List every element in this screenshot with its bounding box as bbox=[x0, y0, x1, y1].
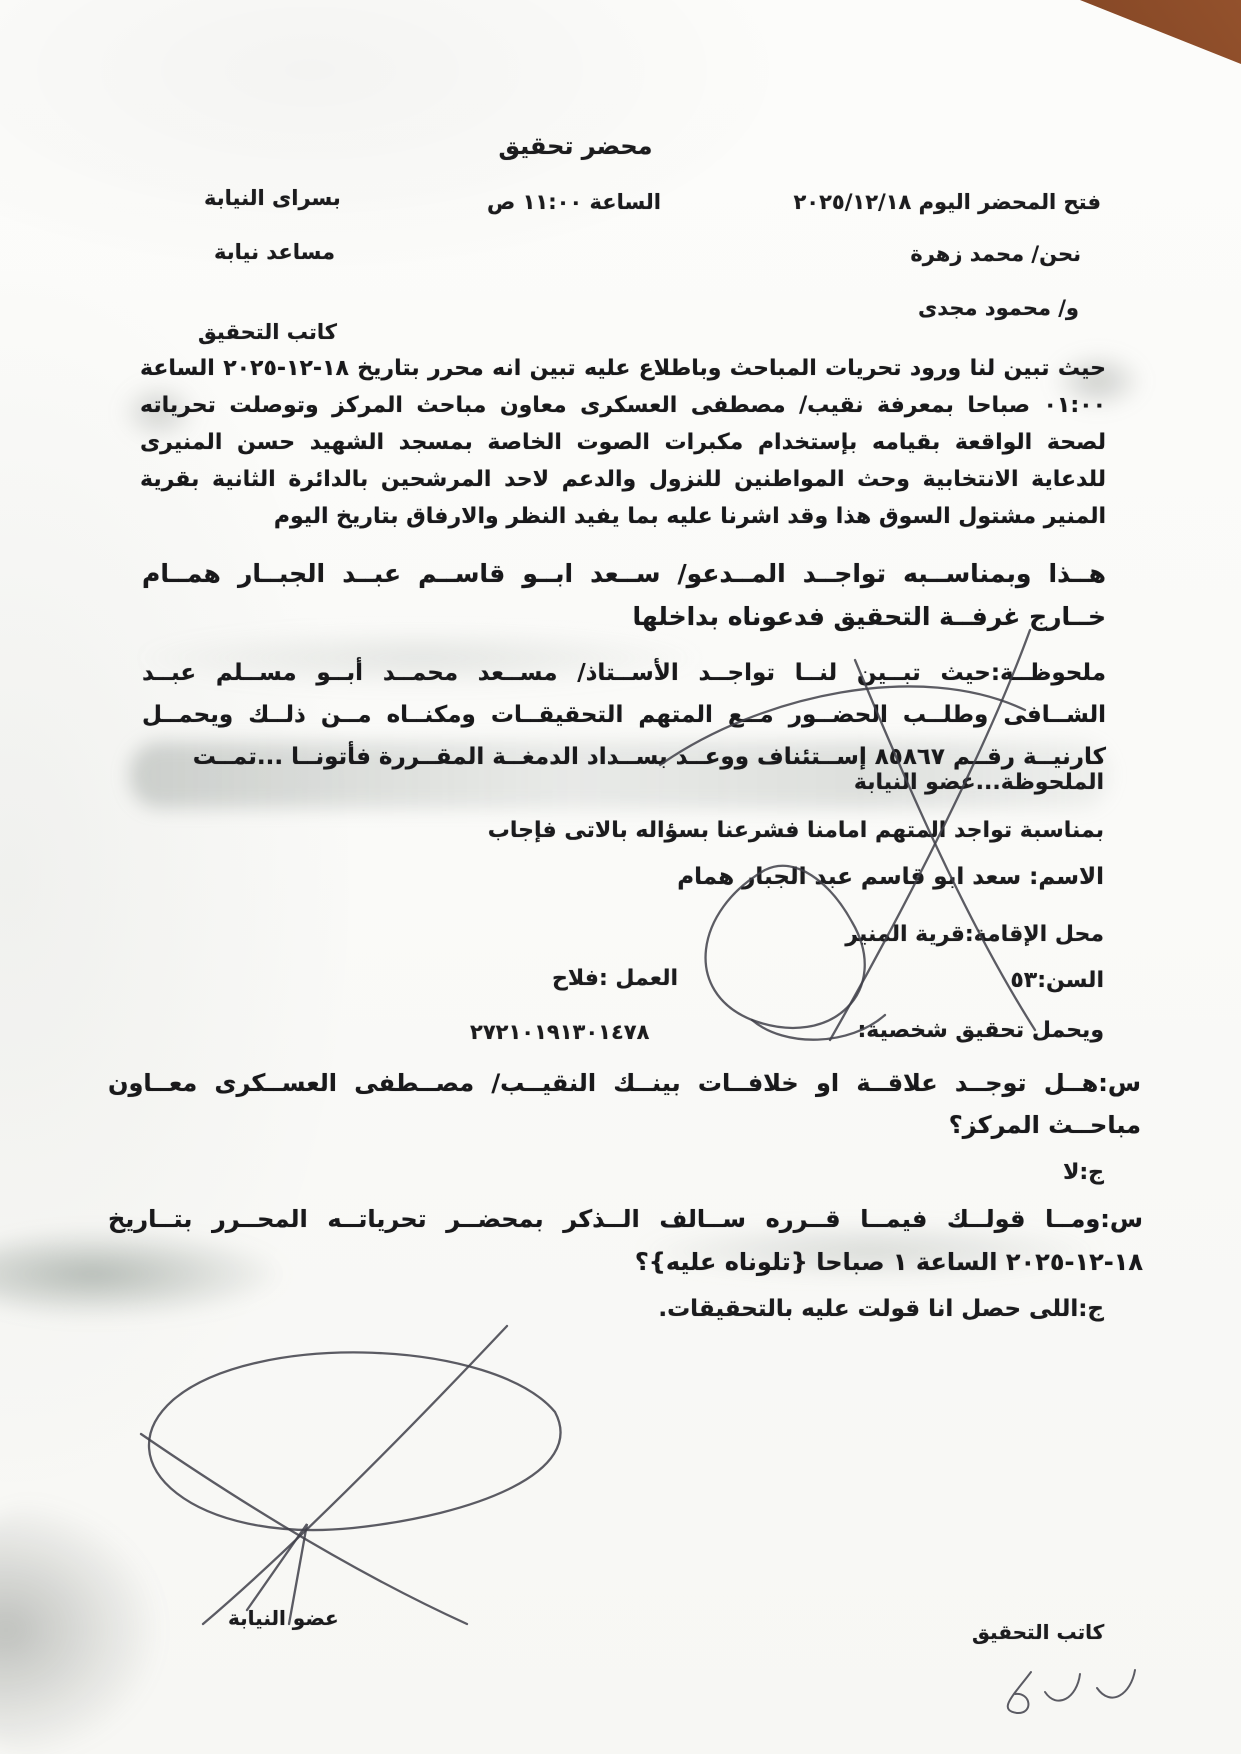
scanned-investigation-report: محضر تحقيق فتح المحضر اليوم ٢٠٢٥/١٢/١٨ ا… bbox=[0, 0, 1241, 1754]
question-1: س:هــل توجــد علاقــة او خلافــات بينــك… bbox=[108, 1062, 1141, 1146]
prosecutor-signature-label: عضو النيابة bbox=[228, 1606, 339, 1630]
answer-2: ج:اللى حصل انا قولت عليه بالتحقيقات. bbox=[658, 1296, 1104, 1322]
prosecutor-signature-icon bbox=[75, 1312, 595, 1632]
header-investigator: نحن/ محمد زهرة bbox=[910, 242, 1081, 266]
header-clerk: و/ محمود مجدى bbox=[918, 296, 1079, 320]
header-time: الساعة ١١:٠٠ ص bbox=[487, 190, 661, 214]
header-clerk-role: كاتب التحقيق bbox=[198, 320, 337, 344]
page-title: محضر تحقيق bbox=[0, 132, 1196, 160]
header-location: بسراى النيابة bbox=[204, 186, 341, 210]
clerk-signature-icon bbox=[985, 1658, 1165, 1728]
answer-1: ج:لا bbox=[1063, 1160, 1104, 1185]
header-open-date: فتح المحضر اليوم ٢٠٢٥/١٢/١٨ bbox=[793, 190, 1101, 214]
header-investigator-role: مساعد نيابة bbox=[214, 240, 335, 264]
intro-paragraph: حيث تبين لنا ورود تحريات المباحث وباطلاع… bbox=[140, 350, 1106, 535]
clerk-signature-label: كاتب التحقيق bbox=[972, 1620, 1104, 1644]
prosecutor-note-scribble-icon bbox=[600, 600, 1160, 1050]
question-2: س:ومــا قولــك فيمــا قــرره ســالف الــ… bbox=[108, 1198, 1143, 1284]
